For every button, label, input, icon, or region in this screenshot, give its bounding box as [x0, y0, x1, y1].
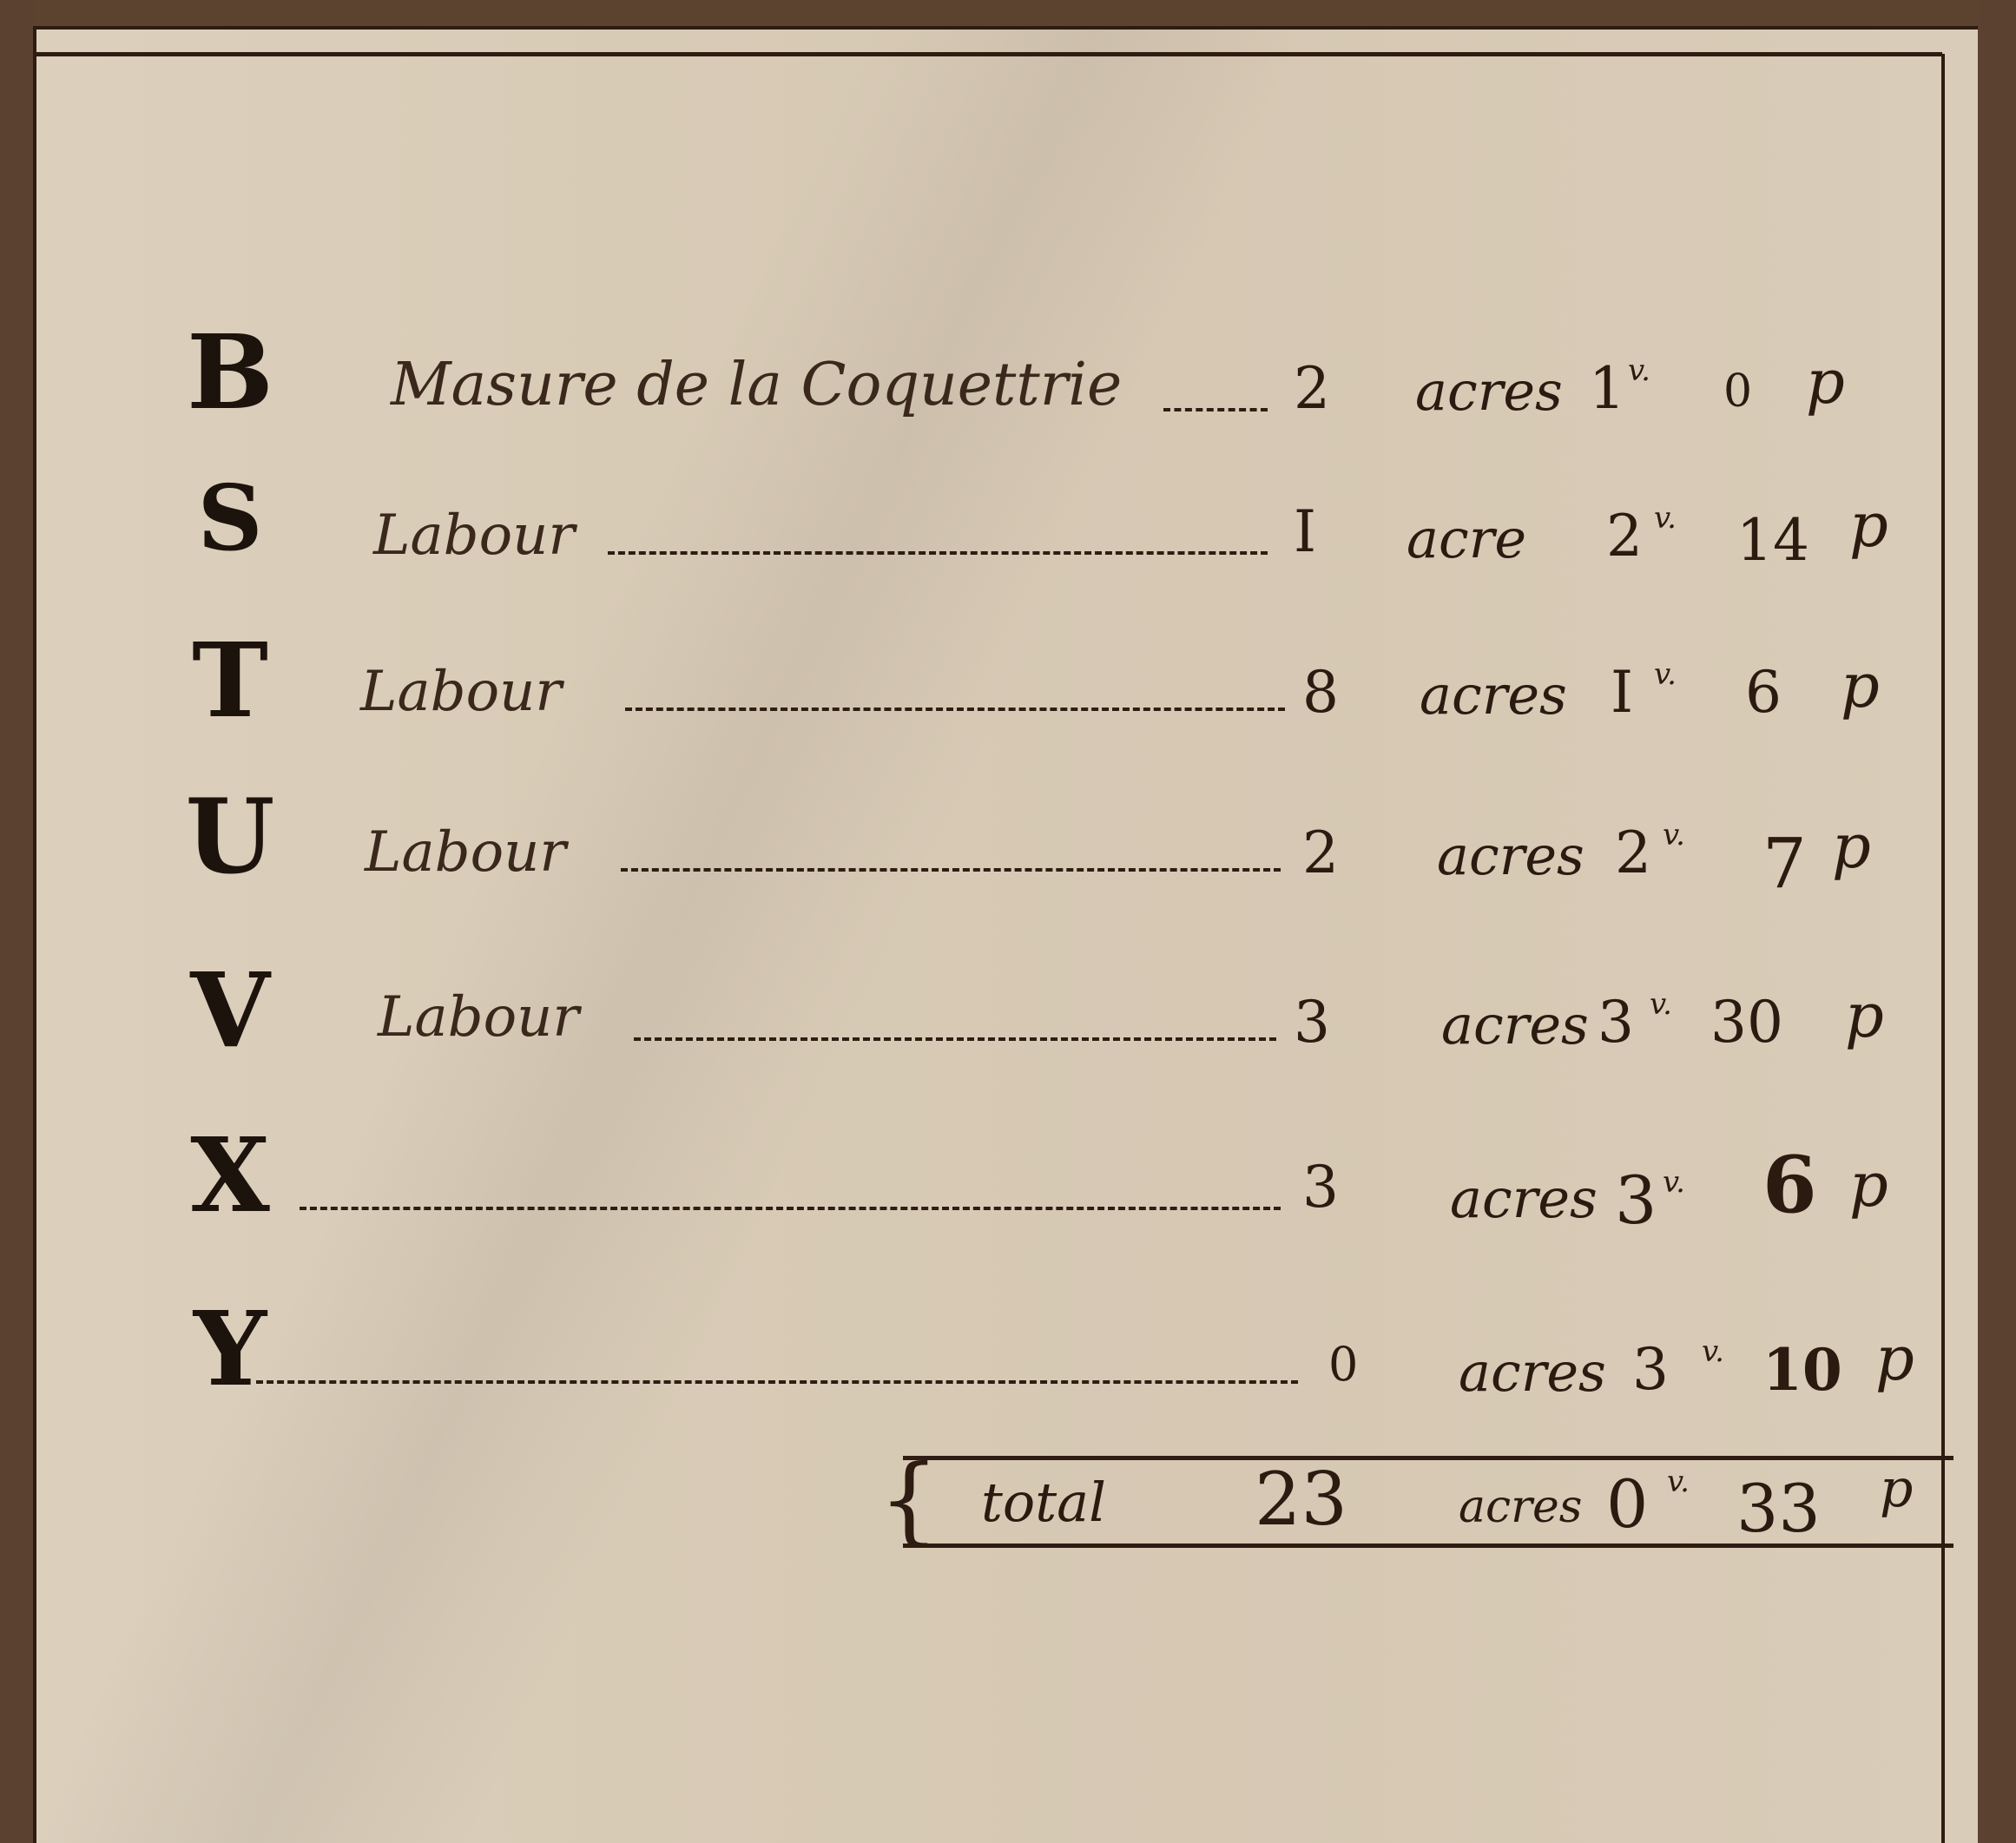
- parcel-label: Labour: [373, 508, 575, 563]
- perches-value: 30: [1710, 994, 1783, 1051]
- vergees-value: 3: [1598, 994, 1634, 1051]
- vergees-value: I: [1611, 664, 1633, 721]
- acres-unit: acres: [1415, 365, 1563, 418]
- perches-unit: p: [1832, 816, 1871, 877]
- acres-unit: acres: [1459, 1346, 1606, 1399]
- perches-unit: p: [1849, 495, 1888, 556]
- acres-unit: acres: [1441, 998, 1589, 1052]
- parcel-label: Labour: [365, 825, 566, 880]
- acres-value: 3: [1294, 994, 1330, 1051]
- leader-dots: [608, 551, 1268, 555]
- paper-sheet: [36, 28, 1978, 1843]
- vergees-unit: v.: [1650, 990, 1672, 1019]
- vergees-value: 3: [1615, 1168, 1657, 1234]
- vergees-unit: v.: [1663, 820, 1685, 850]
- leader-dots: [256, 1380, 1298, 1384]
- ruled-line-right-margin: [1941, 54, 1945, 1843]
- perches-unit: p: [1841, 655, 1880, 716]
- frame-border-right: [1978, 0, 2016, 1843]
- acres-unit: acres: [1450, 1172, 1598, 1226]
- acres-unit: acres: [1437, 829, 1584, 883]
- acres-unit: acre: [1407, 512, 1526, 566]
- vergees-value: 3: [1632, 1341, 1669, 1399]
- total-vergees-value: 0: [1606, 1471, 1648, 1537]
- perches-unit: p: [1849, 1155, 1888, 1215]
- acres-value: 0: [1328, 1341, 1358, 1388]
- acres-value: 2: [1302, 825, 1339, 882]
- vergees-value: 2: [1606, 508, 1643, 565]
- leader-dots: [621, 868, 1281, 872]
- perches-value: 6: [1762, 1146, 1817, 1224]
- vergees-unit: v.: [1663, 1168, 1685, 1197]
- vergees-unit: v.: [1628, 356, 1650, 385]
- vergees-value: 1: [1589, 360, 1625, 418]
- ruled-line-top-outer: [35, 26, 1978, 30]
- acres-value: 8: [1302, 664, 1339, 721]
- leader-dots: [300, 1207, 1281, 1210]
- parcel-letter: Y: [165, 1298, 295, 1400]
- perches-value: 0: [1723, 369, 1752, 414]
- leader-dots: [634, 1037, 1276, 1041]
- ruled-line-left-margin: [33, 26, 36, 1843]
- parcel-label: Labour: [378, 990, 579, 1045]
- parcel-letter: S: [165, 473, 295, 563]
- vergees-unit: v.: [1702, 1337, 1724, 1366]
- total-acres-value: 23: [1255, 1463, 1347, 1536]
- perches-unit: p: [1875, 1328, 1914, 1389]
- parcel-label: Masure de la Coquettrie: [391, 356, 1122, 415]
- vergees-value: 2: [1615, 825, 1651, 882]
- parcel-letter: V: [165, 959, 295, 1062]
- parcel-letter: U: [165, 786, 295, 888]
- total-perches-value: 33: [1736, 1476, 1821, 1542]
- total-perches-unit: p: [1880, 1463, 1913, 1515]
- perches-value: 7: [1762, 829, 1807, 898]
- total-vergees-unit: v.: [1667, 1467, 1690, 1497]
- acres-value: 2: [1294, 360, 1330, 418]
- vergees-unit: v.: [1654, 660, 1677, 689]
- leader-dots: [625, 708, 1285, 711]
- acres-value: I: [1294, 504, 1316, 561]
- perches-unit: p: [1806, 352, 1845, 412]
- acres-value: 3: [1302, 1159, 1339, 1216]
- perches-value: 10: [1762, 1341, 1842, 1399]
- total-label: total: [981, 1476, 1106, 1530]
- parcel-label: Labour: [360, 664, 562, 720]
- parcel-letter: X: [165, 1124, 295, 1227]
- vergees-unit: v.: [1654, 504, 1677, 533]
- ruled-line-top-inner: [36, 52, 1942, 56]
- perches-value: 14: [1736, 512, 1809, 569]
- frame-border-left: [0, 0, 35, 1843]
- frame-border-top: [0, 0, 2016, 28]
- leader-dots: [1163, 408, 1268, 411]
- parcel-letter: T: [165, 629, 295, 732]
- parcel-letter: B: [165, 321, 295, 424]
- acres-unit: acres: [1420, 668, 1567, 722]
- total-acres-unit: acres: [1459, 1484, 1582, 1530]
- perches-value: 6: [1745, 664, 1782, 721]
- perches-unit: p: [1845, 985, 1884, 1046]
